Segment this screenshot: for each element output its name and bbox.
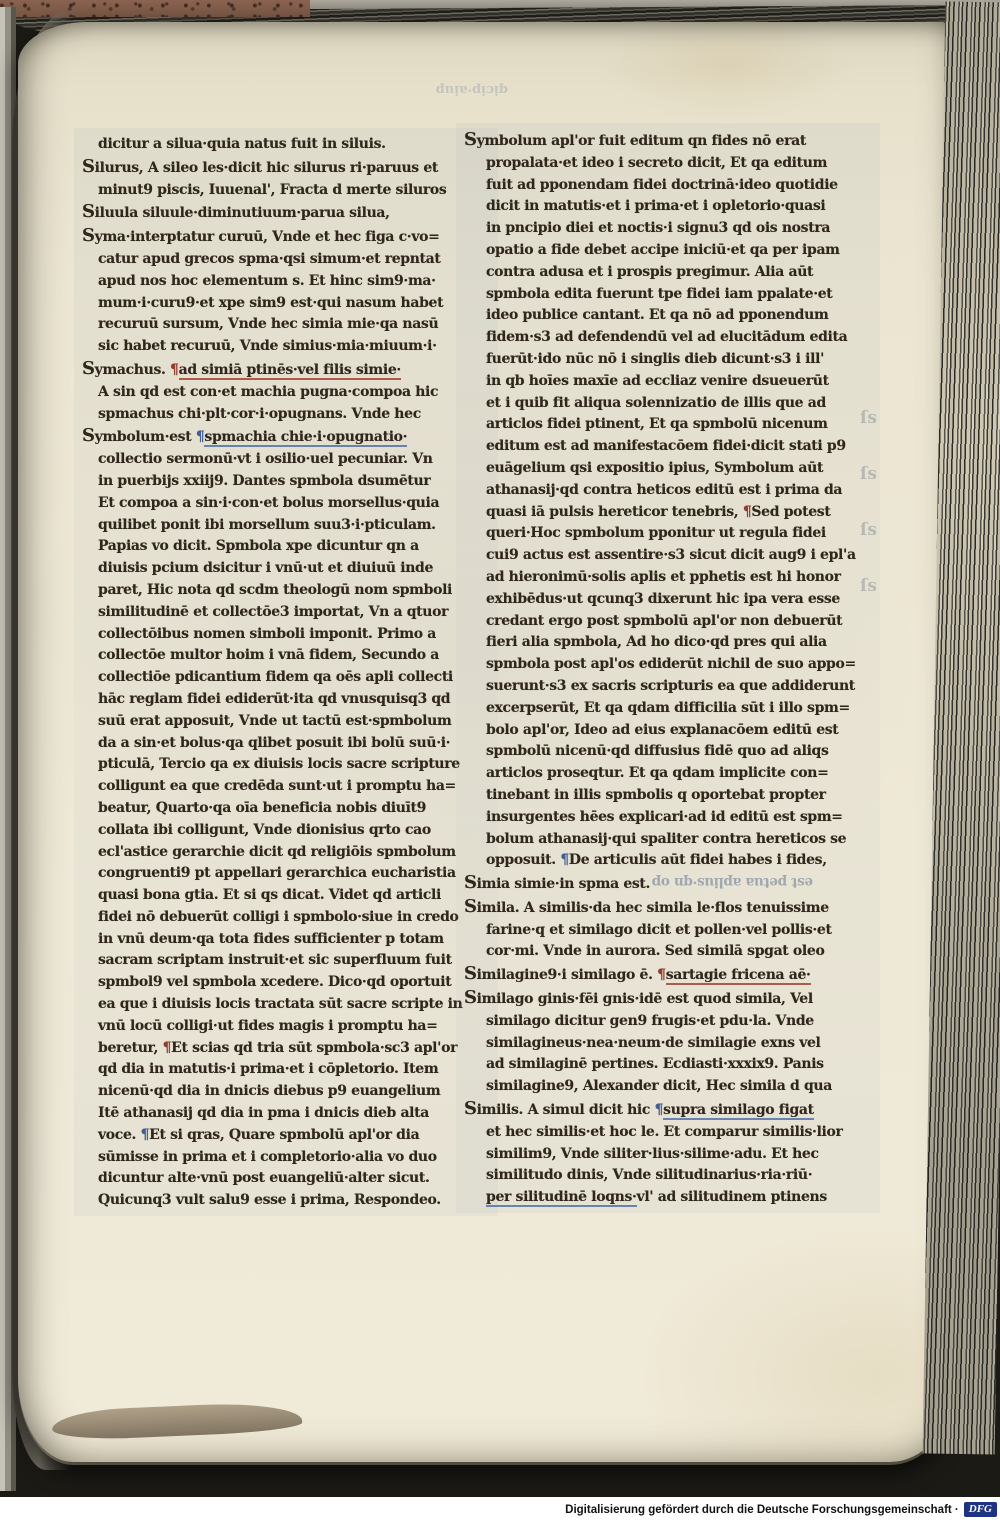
text-segment: queri·Hoc spmbolum pponitur ut regula fi… — [486, 525, 826, 541]
text-line: in pncipio diei et noctis·i signu3 qd oi… — [464, 218, 876, 240]
text-segment: quilibet ponit ibi morsellum suu3·i·ptic… — [98, 517, 436, 533]
text-line: opposuit. ¶De articulis aūt fidei habes … — [464, 850, 876, 872]
text-segment: Itē athanasij qd dia in pma i dnicis die… — [98, 1105, 429, 1121]
text-segment: collectōibus nomen simboli imponit. Prim… — [98, 626, 436, 642]
text-line: et i quib fit aliqua solennizatio de ill… — [464, 393, 876, 415]
text-line: Et compoa a sin·i·con·et bolus morsellus… — [82, 493, 494, 515]
text-line: queri·Hoc spmbolum pponitur ut regula fi… — [464, 523, 876, 545]
text-segment: qd dia in matutis·i prima·et i cōpletori… — [98, 1061, 438, 1077]
text-line: spmbola post apl'os ediderūt nichil de s… — [464, 654, 876, 676]
text-line: exhibēdus·ut qcunq3 dixerunt hic ipa ver… — [464, 589, 876, 611]
text-line: dicuntur alte·vnū post euangeliū·alter s… — [82, 1168, 494, 1190]
text-segment: articlos proseqtur. Et qa qdam implicite… — [486, 765, 829, 781]
text-segment: Silurus, A sileo les·dicit hic silurus r… — [82, 160, 438, 176]
digitization-credit-bar: Digitalisierung gefördert durch die Deut… — [0, 1497, 1000, 1522]
text-line: Similago ginis·fēi gnis·idē est quod sim… — [464, 987, 876, 1011]
show-through-mirrored-text: est petua aplius·qn op — [603, 874, 813, 890]
text-line: suū erat apposuit, Vnde ut tactū est·spm… — [82, 711, 494, 733]
text-segment: fidem·s3 ad defendendū vel ad elucitādum… — [486, 329, 847, 345]
text-line: Quicunq3 vult salu9 esse i prima, Respon… — [82, 1190, 494, 1212]
text-line: Itē athanasij qd dia in pma i dnicis die… — [82, 1103, 494, 1125]
text-segment: pticulā, Tercio qa ex diuisis locis sacr… — [98, 756, 460, 772]
text-segment: bolo apl'or, Ideo ad eius explanacōem ed… — [486, 722, 838, 738]
text-line: Papias vo dicit. Spmbola xpe dicuntur qn… — [82, 536, 494, 558]
text-line: opatio a fide debet accipe iniciū·et qa … — [464, 240, 876, 262]
pilcrow-mark: ¶ — [655, 1102, 664, 1118]
text-line: ecl'astice gerarchie dicit qd religiōis … — [82, 842, 494, 864]
text-line: paret, Hic nota qd scdm theologū nom spm… — [82, 580, 494, 602]
text-segment: voce. — [98, 1127, 141, 1143]
marbled-cover-corner — [0, 0, 310, 17]
text-line: spmbolū nicenū·qd diffusius fidē quo ad … — [464, 741, 876, 763]
text-segment: Syma·interptatur curuū, Vnde et hec figa… — [82, 229, 439, 245]
text-line: spmachus chi·plt·cor·i·opugnans. Vnde he… — [82, 404, 494, 426]
text-line: Simila. A similis·da hec simila le·flos … — [464, 896, 876, 920]
text-segment: farine·q et similago dicit et pollen·vel… — [486, 922, 832, 938]
text-segment: athanasij·qd contra heticos editū est i … — [486, 482, 842, 498]
text-segment: da a sin·et bolus·qa qlibet posuit ibi b… — [98, 735, 450, 751]
text-line: excerpserūt, Et qa qdam difficilia sūt i… — [464, 698, 876, 720]
text-segment: bolum athanasij·qui spaliter contra here… — [486, 831, 846, 847]
text-segment: articlos fidei ptinent, Et qa spmbolū ni… — [486, 416, 828, 432]
text-line: similagineus·nea·neum·de similagie exns … — [464, 1033, 876, 1055]
text-segment: exhibēdus·ut qcunq3 dixerunt hic ipa ver… — [486, 591, 840, 607]
text-segment: spmachia chie·i·opugnatio· — [204, 429, 407, 447]
text-line: diuisis pcium dsicitur i vnū·ut et diuiu… — [82, 558, 494, 580]
text-segment: nicenū·qd dia in dnicis diebus p9 euange… — [98, 1083, 440, 1099]
text-line: bolum athanasij·qui spaliter contra here… — [464, 829, 876, 851]
text-segment: credant ergo post spmbolū apl'or non deb… — [486, 613, 842, 629]
text-line: similim9, Vnde siliter·lius·silime·adu. … — [464, 1144, 876, 1166]
text-line: fieri alia spmbola, Ad ho dico·qd pres q… — [464, 632, 876, 654]
text-segment: quasi bona gtia. Et si qs dicat. Videt q… — [98, 887, 441, 903]
text-segment: similagineus·nea·neum·de similagie exns … — [486, 1035, 821, 1051]
text-segment: similitudo dinis, Vnde silitudinarius·ri… — [486, 1167, 812, 1183]
text-line: farine·q et similago dicit et pollen·vel… — [464, 920, 876, 942]
text-line: spmbola edita fuerunt tpe fidei iam ppal… — [464, 284, 876, 306]
text-segment: insurgentes hēes explicari·ad id editū e… — [486, 809, 843, 825]
text-segment: collectiōe pdicantium fidem qa oēs apli … — [98, 669, 453, 685]
text-segment: spmbola edita fuerunt tpe fidei iam ppal… — [486, 286, 832, 302]
text-line: similago dicitur gen9 frugis·et pdu·la. … — [464, 1011, 876, 1033]
text-line: qd dia in matutis·i prima·et i cōpletori… — [82, 1059, 494, 1081]
text-line: fidem·s3 ad defendendū vel ad elucitādum… — [464, 327, 876, 349]
text-line: fuerūt·ido nūc nō i singlis dieb dicunt·… — [464, 349, 876, 371]
text-segment: ad simiā ptinēs·vel filis simie· — [179, 362, 401, 380]
text-line: quilibet ponit ibi morsellum suu3·i·ptic… — [82, 515, 494, 537]
pilcrow-mark: ¶ — [560, 852, 569, 868]
text-line: Siluula siluule·diminutiuum·parua silua, — [82, 201, 494, 225]
text-line: sacram scriptam instruit·et sic superflu… — [82, 950, 494, 972]
text-segment: Symachus. — [82, 362, 170, 378]
text-line: cui9 actus est assentire·s3 sicut dicit … — [464, 545, 876, 567]
text-line: mum·i·curu9·et xpe sim9 est·qui nasum ha… — [82, 293, 494, 315]
text-line: fidei nō debuerūt colligi i spmbolo·siue… — [82, 907, 494, 929]
text-segment: per silitudinē loqns· — [486, 1189, 637, 1207]
text-segment: opposuit. — [486, 852, 560, 868]
text-segment: ad similaginē pertines. Ecdiasti·xxxix9.… — [486, 1056, 824, 1072]
pilcrow-mark: ¶ — [141, 1127, 150, 1143]
text-segment: suū erat apposuit, Vnde ut tactū est·spm… — [98, 713, 451, 729]
text-segment: paret, Hic nota qd scdm theologū nom spm… — [98, 582, 452, 598]
text-segment: hāc reglam fidei ediderūt·ita qd vnusqui… — [98, 691, 450, 707]
text-segment: Symbolum apl'or fuit editum qn fides nō … — [464, 133, 806, 149]
pilcrow-mark: ¶ — [163, 1040, 172, 1056]
text-segment: diuisis pcium dsicitur i vnū·ut et diuiu… — [98, 560, 433, 576]
text-line: suerunt·s3 ex sacris scripturis ea que a… — [464, 676, 876, 698]
text-segment: similim9, Vnde siliter·lius·silime·adu. … — [486, 1146, 819, 1162]
pilcrow-mark: ¶ — [657, 967, 666, 983]
text-segment: fuerūt·ido nūc nō i singlis dieb dicunt·… — [486, 351, 824, 367]
text-line: similagine9, Alexander dicit, Hec simila… — [464, 1076, 876, 1098]
text-line: sic habet recuruū, Vnde simius·mia·miuum… — [82, 336, 494, 358]
text-line: congruenti9 pt appellari gerarchica euch… — [82, 863, 494, 885]
show-through-mark: ſs — [860, 464, 877, 484]
text-line: pticulā, Tercio qa ex diuisis locis sacr… — [82, 754, 494, 776]
text-line: credant ergo post spmbolū apl'or non deb… — [464, 611, 876, 633]
text-segment: similagine9, Alexander dicit, Hec simila… — [486, 1078, 832, 1094]
text-segment: contra adusa et i prospis pregimur. Alia… — [486, 264, 813, 280]
text-segment: tinebant in illis spmbolis q oportebat p… — [486, 787, 826, 803]
text-line: propalata·et ideo i secreto dicit, Et qa… — [464, 153, 876, 175]
text-line: in vnū deum·qa tota fides sufficienter p… — [82, 929, 494, 951]
show-through-mark: ſs — [860, 520, 877, 540]
text-segment: catur apud grecos spma·qsi simum·et repn… — [98, 251, 441, 267]
text-column-right: Symbolum apl'or fuit editum qn fides nō … — [464, 129, 876, 1209]
text-line: articlos fidei ptinent, Et qa spmbolū ni… — [464, 414, 876, 436]
text-line: collectio sermonū·vt i osilio·uel pecuni… — [82, 449, 494, 471]
text-line: insurgentes hēes explicari·ad id editū e… — [464, 807, 876, 829]
text-segment: beatur, Quarto·qa oīa beneficia nobis di… — [98, 800, 426, 816]
text-line: similitudinē et collectōe3 importat, Vn … — [82, 602, 494, 624]
book-scan-photo: dicitur a silua·quia natus fuit in silui… — [0, 0, 1000, 1522]
text-segment: similitudinē et collectōe3 importat, Vn … — [98, 604, 448, 620]
text-segment: cui9 actus est assentire·s3 sicut dicit … — [486, 547, 856, 563]
text-column-left: dicitur a silua·quia natus fuit in silui… — [82, 134, 494, 1212]
text-segment: Papias vo dicit. Spmbola xpe dicuntur qn… — [98, 538, 419, 554]
text-line: minut9 piscis, Iuuenal', Fracta d merte … — [82, 180, 494, 202]
text-line: sūmisse in prima et i completorio·alia v… — [82, 1147, 494, 1169]
text-line: ad hieronimū·solis aplis et pphetis est … — [464, 567, 876, 589]
text-line: beretur, ¶Et scias qd tria sūt spmbola·s… — [82, 1038, 494, 1060]
text-segment: dicuntur alte·vnū post euangeliū·alter s… — [98, 1170, 429, 1186]
text-segment: similago dicitur gen9 frugis·et pdu·la. … — [486, 1013, 814, 1029]
text-segment: suerunt·s3 ex sacris scripturis ea que a… — [486, 678, 855, 694]
text-line: voce. ¶Et si qras, Quare spmbolū apl'or … — [82, 1125, 494, 1147]
text-segment: Sed potest — [751, 504, 830, 520]
text-segment: editum est ad manifestacōem fidei·dicit … — [486, 438, 846, 454]
text-segment: in qb hoīes maxīe ad eccliaz venire dsue… — [486, 373, 829, 389]
text-line: et hec similis·et hoc le. Et comparur si… — [464, 1122, 876, 1144]
text-line: collectiōe pdicantium fidem qa oēs apli … — [82, 667, 494, 689]
text-line: colligunt ea que credēda sunt·ut i promp… — [82, 776, 494, 798]
text-segment: ad hieronimū·solis aplis et pphetis est … — [486, 569, 841, 585]
text-line: Symachus. ¶ad simiā ptinēs·vel filis sim… — [82, 358, 494, 382]
text-line: tinebant in illis spmbolis q oportebat p… — [464, 785, 876, 807]
text-segment: congruenti9 pt appellari gerarchica euch… — [98, 865, 456, 881]
show-through-mark: ſs — [860, 408, 877, 428]
text-line: Similagine9·i similago ē. ¶sartagie fric… — [464, 963, 876, 987]
text-segment: collectio sermonū·vt i osilio·uel pecuni… — [98, 451, 433, 467]
manuscript-page: dicitur a silua·quia natus fuit in silui… — [18, 22, 950, 1462]
text-line: apud nos hoc elementum s. Et hinc sim9·m… — [82, 271, 494, 293]
text-segment: Similis. A simul dicit hic — [464, 1102, 655, 1118]
text-line: euāgelium qsi expositio ipius, Symbolum … — [464, 458, 876, 480]
text-line: recuruū sursum, Vnde hec simia mie·qa na… — [82, 314, 494, 336]
text-segment: in vnū deum·qa tota fides sufficienter p… — [98, 931, 444, 947]
show-through-mirrored-text-top: qicip·aiup — [348, 82, 508, 97]
text-segment: fieri alia spmbola, Ad ho dico·qd pres q… — [486, 634, 827, 650]
text-segment: fidei nō debuerūt colligi i spmbolo·siue… — [98, 909, 459, 925]
text-segment: Et compoa a sin·i·con·et bolus morsellus… — [98, 495, 439, 511]
text-line: Similis. A simul dicit hic ¶supra simila… — [464, 1098, 876, 1122]
text-segment: propalata·et ideo i secreto dicit, Et qa… — [486, 155, 827, 171]
text-segment: ecl'astice gerarchie dicit qd religiōis … — [98, 844, 456, 860]
text-line: articlos proseqtur. Et qa qdam implicite… — [464, 763, 876, 785]
text-line: catur apud grecos spma·qsi simum·et repn… — [82, 249, 494, 271]
text-segment: in pncipio diei et noctis·i signu3 qd oi… — [486, 220, 830, 236]
text-segment: Similago ginis·fēi gnis·idē est quod sim… — [464, 991, 813, 1007]
text-line: vnū locū colligi·ut fides magis i prompt… — [82, 1016, 494, 1038]
text-segment: spmbolū nicenū·qd diffusius fidē quo ad … — [486, 743, 829, 759]
text-line: fuit ad pponendam fidei doctrinā·ideo qu… — [464, 175, 876, 197]
text-segment: ea que i diuisis locis tractata sūt sacr… — [98, 996, 462, 1012]
text-segment: A sin qd est con·et machia pugna·compoa … — [98, 384, 438, 400]
text-segment: beretur, — [98, 1040, 163, 1056]
text-line: beatur, Quarto·qa oīa beneficia nobis di… — [82, 798, 494, 820]
text-line: ideo publice cantant. Et qa nō ad pponen… — [464, 305, 876, 327]
text-line: Symbolum apl'or fuit editum qn fides nō … — [464, 129, 876, 153]
text-line: contra adusa et i prospis pregimur. Alia… — [464, 262, 876, 284]
show-through-mark: ſs — [860, 576, 877, 596]
text-segment: supra similago figat — [663, 1102, 814, 1120]
text-segment: sūmisse in prima et i completorio·alia v… — [98, 1149, 437, 1165]
text-line: Symbolum·est ¶spmachia chie·i·opugnatio· — [82, 425, 494, 449]
text-segment: apud nos hoc elementum s. Et hinc sim9·m… — [98, 273, 436, 289]
text-segment: collata ibi colligunt, Vnde dionisius qr… — [98, 822, 431, 838]
text-segment: Et scias qd tria sūt spmbola·sc3 apl'or — [171, 1040, 457, 1056]
text-line: Syma·interptatur curuū, Vnde et hec figa… — [82, 225, 494, 249]
text-segment: euāgelium qsi expositio ipius, Symbolum … — [486, 460, 823, 476]
text-line: Silurus, A sileo les·dicit hic silurus r… — [82, 156, 494, 180]
text-segment: spmbola post apl'os ediderūt nichil de s… — [486, 656, 856, 672]
text-line: nicenū·qd dia in dnicis diebus p9 euange… — [82, 1081, 494, 1103]
text-segment: vnū locū colligi·ut fides magis i prompt… — [98, 1018, 438, 1034]
text-line: dicitur a silua·quia natus fuit in silui… — [82, 134, 494, 156]
text-segment: vl' ad silitudinem ptinens — [637, 1189, 827, 1205]
digitization-credit-text: Digitalisierung gefördert durch die Deut… — [565, 1504, 959, 1516]
text-segment: colligunt ea que credēda sunt·ut i promp… — [98, 778, 456, 794]
text-line: ad similaginē pertines. Ecdiasti·xxxix9.… — [464, 1054, 876, 1076]
text-segment: Et si qras, Quare spmbolū apl'or dia — [149, 1127, 419, 1143]
pilcrow-mark: ¶ — [170, 362, 179, 378]
text-line: A sin qd est con·et machia pugna·compoa … — [82, 382, 494, 404]
text-segment: De articulis aūt fidei habes i fides, — [569, 852, 827, 868]
text-line: per silitudinē loqns·vl' ad silitudinem … — [464, 1187, 876, 1209]
text-segment: quasi iā pulsis hereticor tenebris, — [486, 504, 743, 520]
show-through-margin-marks: ſsſsſsſs — [860, 408, 877, 596]
text-segment: dicit in matutis·et i prima·et i opletor… — [486, 198, 825, 214]
dfg-logo: DFG — [964, 1502, 997, 1517]
text-segment: spmbol9 vel spmbola xcedere. Dico·qd opo… — [98, 974, 451, 990]
text-segment: spmachus chi·plt·cor·i·opugnans. Vnde he… — [98, 406, 421, 422]
text-segment: excerpserūt, Et qa qdam difficilia sūt i… — [486, 700, 850, 716]
text-segment: sic habet recuruū, Vnde simius·mia·miuum… — [98, 338, 437, 354]
text-segment: opatio a fide debet accipe iniciū·et qa … — [486, 242, 840, 258]
text-line: in qb hoīes maxīe ad eccliaz venire dsue… — [464, 371, 876, 393]
text-line: quasi bona gtia. Et si qs dicat. Videt q… — [82, 885, 494, 907]
text-segment: fuit ad pponendam fidei doctrinā·ideo qu… — [486, 177, 838, 193]
text-segment: dicitur a silua·quia natus fuit in silui… — [98, 136, 386, 152]
text-segment: cor·mi. Vnde in aurora. Sed similā spgat… — [486, 943, 824, 959]
text-segment: et hec similis·et hoc le. Et comparur si… — [486, 1124, 843, 1140]
text-segment: sartagie fricena aē· — [666, 967, 811, 985]
text-segment: ideo publice cantant. Et qa nō ad pponen… — [486, 307, 828, 323]
text-line: collata ibi colligunt, Vnde dionisius qr… — [82, 820, 494, 842]
text-line: da a sin·et bolus·qa qlibet posuit ibi b… — [82, 733, 494, 755]
text-segment: collectōe multor hoim i vnā fidem, Secun… — [98, 647, 439, 663]
text-segment: sacram scriptam instruit·et sic superflu… — [98, 952, 452, 968]
text-line: similitudo dinis, Vnde silitudinarius·ri… — [464, 1165, 876, 1187]
text-segment: in puerbijs xxiij9. Dantes spmbola dsumē… — [98, 473, 430, 489]
text-line: quasi iā pulsis hereticor tenebris, ¶Sed… — [464, 502, 876, 524]
text-segment: Simila. A similis·da hec simila le·flos … — [464, 900, 829, 916]
text-segment: Similagine9·i similago ē. — [464, 967, 657, 983]
text-line: bolo apl'or, Ideo ad eius explanacōem ed… — [464, 720, 876, 742]
text-segment: Symbolum·est — [82, 429, 196, 445]
text-segment: minut9 piscis, Iuuenal', Fracta d merte … — [98, 182, 446, 198]
text-segment: mum·i·curu9·et xpe sim9 est·qui nasum ha… — [98, 295, 443, 311]
text-segment: recuruū sursum, Vnde hec simia mie·qa na… — [98, 316, 438, 332]
text-line: collectōe multor hoim i vnā fidem, Secun… — [82, 645, 494, 667]
text-line: in puerbijs xxiij9. Dantes spmbola dsumē… — [82, 471, 494, 493]
text-line: editum est ad manifestacōem fidei·dicit … — [464, 436, 876, 458]
text-segment: et i quib fit aliqua solennizatio de ill… — [486, 395, 826, 411]
text-line: hāc reglam fidei ediderūt·ita qd vnusqui… — [82, 689, 494, 711]
text-line: collectōibus nomen simboli imponit. Prim… — [82, 624, 494, 646]
text-line: spmbol9 vel spmbola xcedere. Dico·qd opo… — [82, 972, 494, 994]
text-segment: Siluula siluule·diminutiuum·parua silua, — [82, 205, 390, 221]
text-line: ea que i diuisis locis tractata sūt sacr… — [82, 994, 494, 1016]
text-line: athanasij·qd contra heticos editū est i … — [464, 480, 876, 502]
text-line: cor·mi. Vnde in aurora. Sed similā spgat… — [464, 941, 876, 963]
text-segment: Quicunq3 vult salu9 esse i prima, Respon… — [98, 1192, 441, 1208]
text-line: dicit in matutis·et i prima·et i opletor… — [464, 196, 876, 218]
